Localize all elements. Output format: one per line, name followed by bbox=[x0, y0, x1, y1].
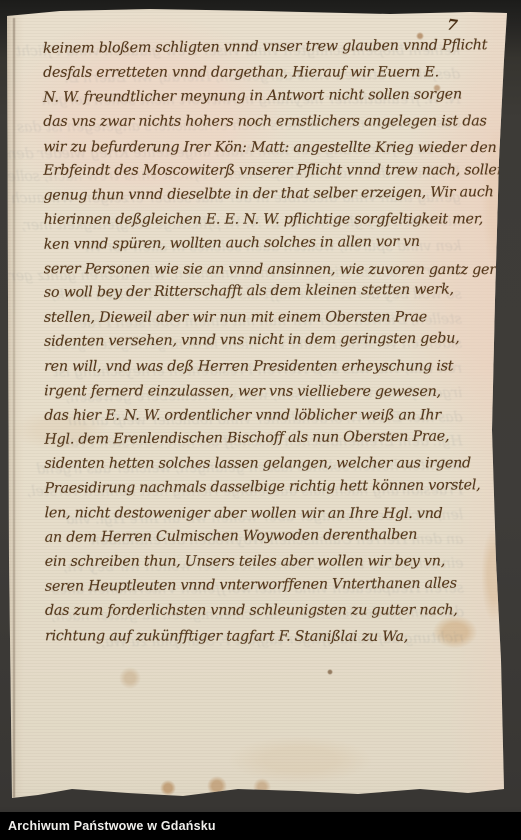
manuscript-page: keinem bloßem schligten vnnd vnser trew … bbox=[0, 0, 521, 840]
manuscript-text: keinem bloßem schligten vnnd vnser trew … bbox=[43, 35, 477, 647]
manuscript-line: ken vnnd spüren, wollten auch solches in… bbox=[44, 229, 476, 257]
manuscript-line: hierinnen deßgleichen E. E. N. W. pflich… bbox=[44, 207, 476, 232]
manuscript-line: genug thun vnnd dieselbte in der that se… bbox=[43, 180, 475, 208]
manuscript-line: Hgl. dem Erenlendischen Bischoff als nun… bbox=[44, 424, 476, 452]
manuscript-line: an dem Herren Culmischen Woywoden derent… bbox=[45, 522, 477, 550]
manuscript-line: richtung auf zukünfftiger tagfart F. Sta… bbox=[45, 624, 477, 649]
manuscript-line: so woll bey der Ritterschafft als dem kl… bbox=[44, 278, 476, 306]
manuscript-line: seren Heuptleuten vnnd vnterworffenen Vn… bbox=[45, 571, 477, 599]
manuscript-line: Erbfeindt des Moscowiterß vnserer Pflich… bbox=[43, 159, 475, 184]
manuscript-line: Praesidirung nachmals dasselbige richtig… bbox=[44, 473, 476, 501]
manuscript-line: sidenten versehen, vnnd vns nicht in dem… bbox=[44, 327, 476, 355]
archive-caption-bar: Archiwum Państwowe w Gdańsku bbox=[0, 812, 521, 840]
manuscript-line: das zum forderlichsten vnnd schleunigste… bbox=[45, 598, 477, 623]
binding-crease bbox=[13, 18, 15, 798]
folio-number: 7 bbox=[446, 15, 459, 34]
manuscript-line: irgent fernerd einzulassen, wer vns viel… bbox=[44, 379, 476, 404]
manuscript-line: keinem bloßem schligten vnnd vnser trew … bbox=[43, 33, 475, 61]
manuscript-line: N. W. freundtlicher meynung in Antwort n… bbox=[43, 82, 475, 110]
manuscript-line: wir zu befurderung Irer Kön: Matt: anges… bbox=[43, 135, 475, 160]
manuscript-line: das vns zwar nichts hohers noch ernstlic… bbox=[43, 110, 475, 135]
manuscript-line: ren will, vnd was deß Herren Presidenten… bbox=[44, 354, 476, 379]
archive-name: Archiwum Państwowe w Gdańsku bbox=[0, 819, 216, 833]
manuscript-line: ein schreiben thun, Unsers teiles aber w… bbox=[45, 550, 477, 575]
